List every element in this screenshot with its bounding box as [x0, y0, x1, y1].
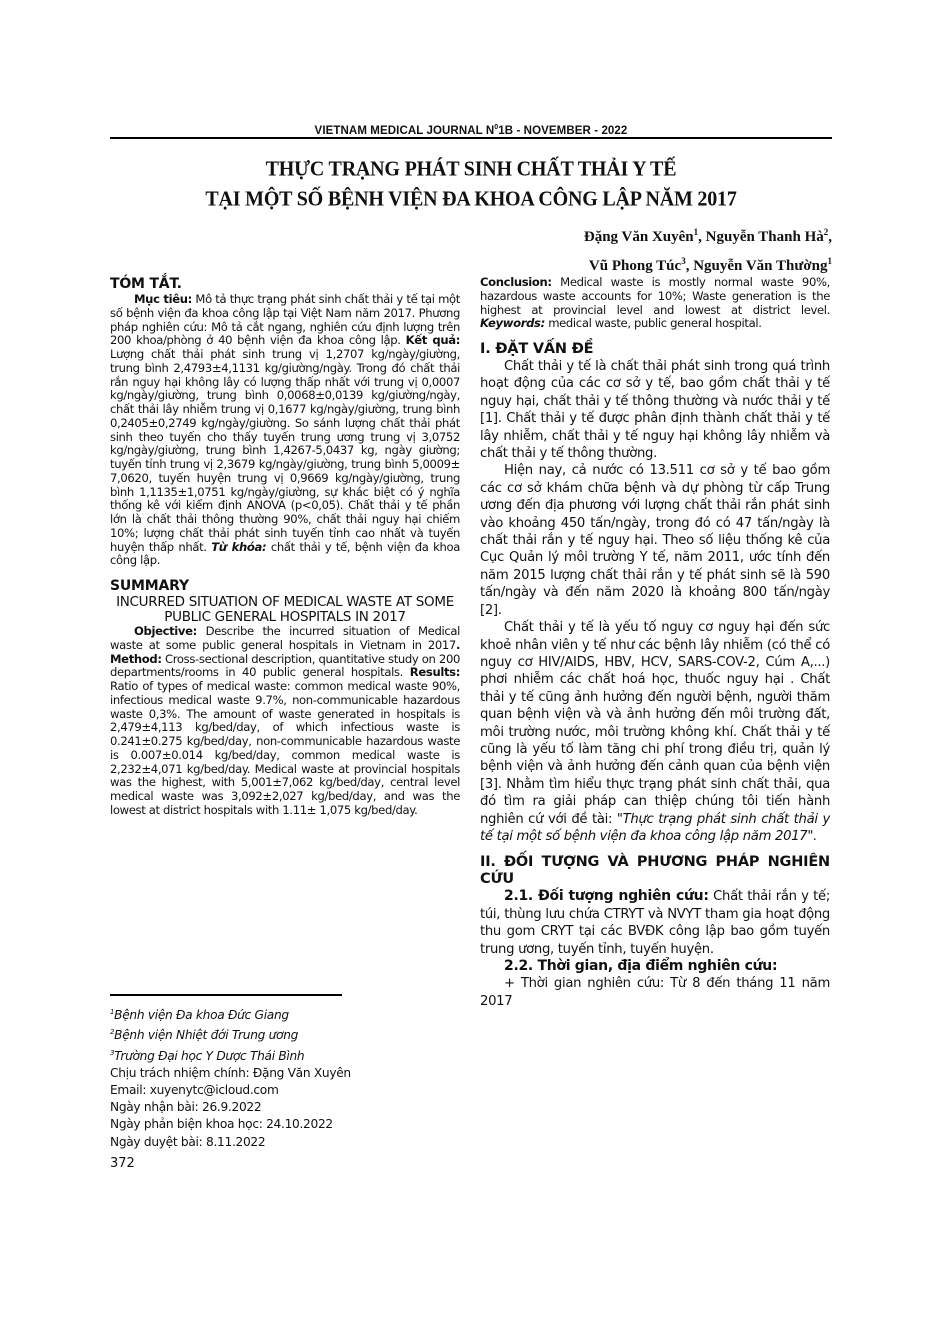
study-time: + Thời gian nghiên cứu: Từ 8 đến tháng 1…: [480, 975, 830, 1010]
results-label: Kết quả:: [406, 333, 460, 347]
affiliation-2: 2Bệnh viện Nhiệt đới Trung ương: [110, 1024, 351, 1044]
results-text: Ratio of types of medical waste: common …: [110, 679, 460, 817]
email: Email: xuyenytc@icloud.com: [110, 1082, 351, 1099]
keywords-text: medical waste, public general hospital.: [545, 316, 762, 330]
journal-page: VIETNAM MEDICAL JOURNAL N01B - NOVEMBER …: [0, 0, 942, 1333]
running-header: VIETNAM MEDICAL JOURNAL N01B - NOVEMBER …: [110, 124, 832, 137]
page-number: 372: [110, 1156, 135, 1171]
corresponding-author: Chịu trách nhiệm chính: Đặng Văn Xuyên: [110, 1065, 351, 1082]
results-label: Results:: [410, 665, 460, 679]
received-date: Ngày nhận bài: 26.9.2022: [110, 1099, 351, 1116]
summary-body-continued: Conclusion: Medical waste is mostly norm…: [480, 276, 830, 331]
subsection-label: 2.1. Đối tượng nghiên cứu:: [504, 888, 709, 904]
summary-body: Objective: Describe the incurred situati…: [110, 625, 460, 818]
reviewed-date: Ngày phản biện khoa học: 24.10.2022: [110, 1116, 351, 1133]
section-1-paragraph: Chất thải y tế là chất thải phát sinh tr…: [480, 358, 830, 462]
keywords-label: Từ khóa:: [211, 540, 266, 554]
separator: ,: [698, 229, 706, 245]
objective-label: Mục tiêu:: [134, 292, 192, 306]
journal-name: VIETNAM MEDICAL JOURNAL N: [315, 125, 495, 137]
author-name: Nguyễn Văn Thường: [693, 258, 827, 274]
section-1-heading: I. ĐẶT VẤN ĐỀ: [480, 341, 830, 358]
objective-label: Objective:: [134, 624, 197, 638]
authors-line-1: Đặng Văn Xuyên1, Nguyễn Thanh Hà2,: [584, 220, 832, 249]
section-1-paragraph: Hiện nay, cả nước có 13.511 cơ sở y tế b…: [480, 462, 830, 619]
issue-date: 1B - NOVEMBER - 2022: [498, 125, 627, 137]
subsection-2-2: 2.2. Thời gian, địa điểm nghiên cứu:: [480, 958, 830, 975]
author-name: Nguyễn Thanh Hà: [706, 229, 824, 245]
subsection-2-1: 2.1. Đối tượng nghiên cứu: Chất thải rắn…: [480, 888, 830, 958]
author-affiliation: 1: [828, 256, 833, 266]
affiliation-text: Trường Đại học Y Dược Thái Bình: [114, 1049, 304, 1063]
abstract-vi-heading: TÓM TẮT.: [110, 276, 460, 293]
accepted-date: Ngày duyệt bài: 8.11.2022: [110, 1134, 351, 1151]
section-2-heading: II. ĐỐI TƯỢNG VÀ PHƯƠNG PHÁP NGHIÊN CỨU: [480, 854, 830, 888]
method-text: Cross-sectional description, quantitativ…: [110, 652, 460, 680]
separator: ,: [828, 229, 832, 245]
author-name: Đặng Văn Xuyên: [584, 229, 694, 245]
summary-heading: SUMMARY: [110, 578, 460, 595]
affiliation-text: Bệnh viện Đa khoa Đức Giang: [114, 1008, 289, 1022]
footnotes: 1Bệnh viện Đa khoa Đức Giang 2Bệnh viện …: [110, 1004, 351, 1151]
title-line-1: THỰC TRẠNG PHÁT SINH CHẤT THẢI Y TẾ: [110, 154, 832, 184]
authors-line-2: Vũ Phong Túc3, Nguyễn Văn Thường1: [584, 249, 832, 278]
results-text: Lượng chất thải phát sinh trung vị 1,270…: [110, 347, 460, 554]
conclusion-label: Conclusion:: [480, 275, 552, 289]
footnote-rule: [110, 994, 342, 996]
header-rule: [110, 137, 832, 139]
left-column: TÓM TẮT. Mục tiêu: Mô tả thực trạng phát…: [110, 276, 460, 818]
author-name: Vũ Phong Túc: [589, 258, 681, 274]
author-list: Đặng Văn Xuyên1, Nguyễn Thanh Hà2, Vũ Ph…: [584, 220, 832, 278]
subsection-label: 2.2. Thời gian, địa điểm nghiên cứu:: [504, 958, 777, 974]
paragraph-text: Chất thải y tế là yếu tố nguy cơ nguy hạ…: [480, 620, 830, 826]
title-line-2: TẠI MỘT SỐ BỆNH VIỆN ĐA KHOA CÔNG LẬP NĂ…: [110, 184, 832, 214]
abstract-vi-body: Mục tiêu: Mô tả thực trạng phát sinh chấ…: [110, 293, 460, 568]
section-1-paragraph: Chất thải y tế là yếu tố nguy cơ nguy hạ…: [480, 619, 830, 845]
right-column: Conclusion: Medical waste is mostly norm…: [480, 276, 830, 1010]
article-title: THỰC TRẠNG PHÁT SINH CHẤT THẢI Y TẾ TẠI …: [110, 154, 832, 214]
summary-title: INCURRED SITUATION OF MEDICAL WASTE AT S…: [110, 595, 460, 625]
affiliation-3: 3Trường Đại học Y Dược Thái Bình: [110, 1045, 351, 1065]
keywords-label: Keywords:: [480, 316, 545, 330]
affiliation-text: Bệnh viện Nhiệt đới Trung ương: [114, 1028, 298, 1042]
affiliation-1: 1Bệnh viện Đa khoa Đức Giang: [110, 1004, 351, 1024]
